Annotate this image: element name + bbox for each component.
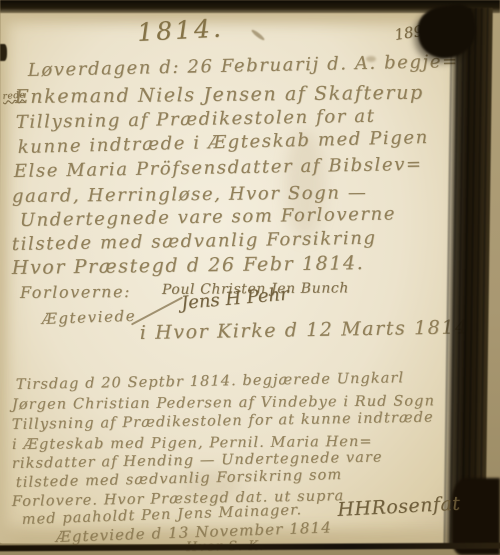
edge-notch-left bbox=[0, 44, 7, 61]
scanned-register-page: 1814. 189. Løverdagen d: 26 Februarij d.… bbox=[0, 0, 500, 555]
year-heading: 1814. bbox=[136, 14, 224, 47]
handwritten-line: Enkemand Niels Jensen af Skafterup bbox=[15, 82, 424, 108]
book-edge-right bbox=[443, 8, 493, 548]
married-label: Ægteviede bbox=[41, 307, 136, 328]
handwritten-line: gaard, Herringløse, Hvor Sogn — bbox=[12, 182, 368, 207]
book-edge-top bbox=[0, 0, 500, 13]
witnesses-label: Forloverne: bbox=[20, 282, 131, 302]
